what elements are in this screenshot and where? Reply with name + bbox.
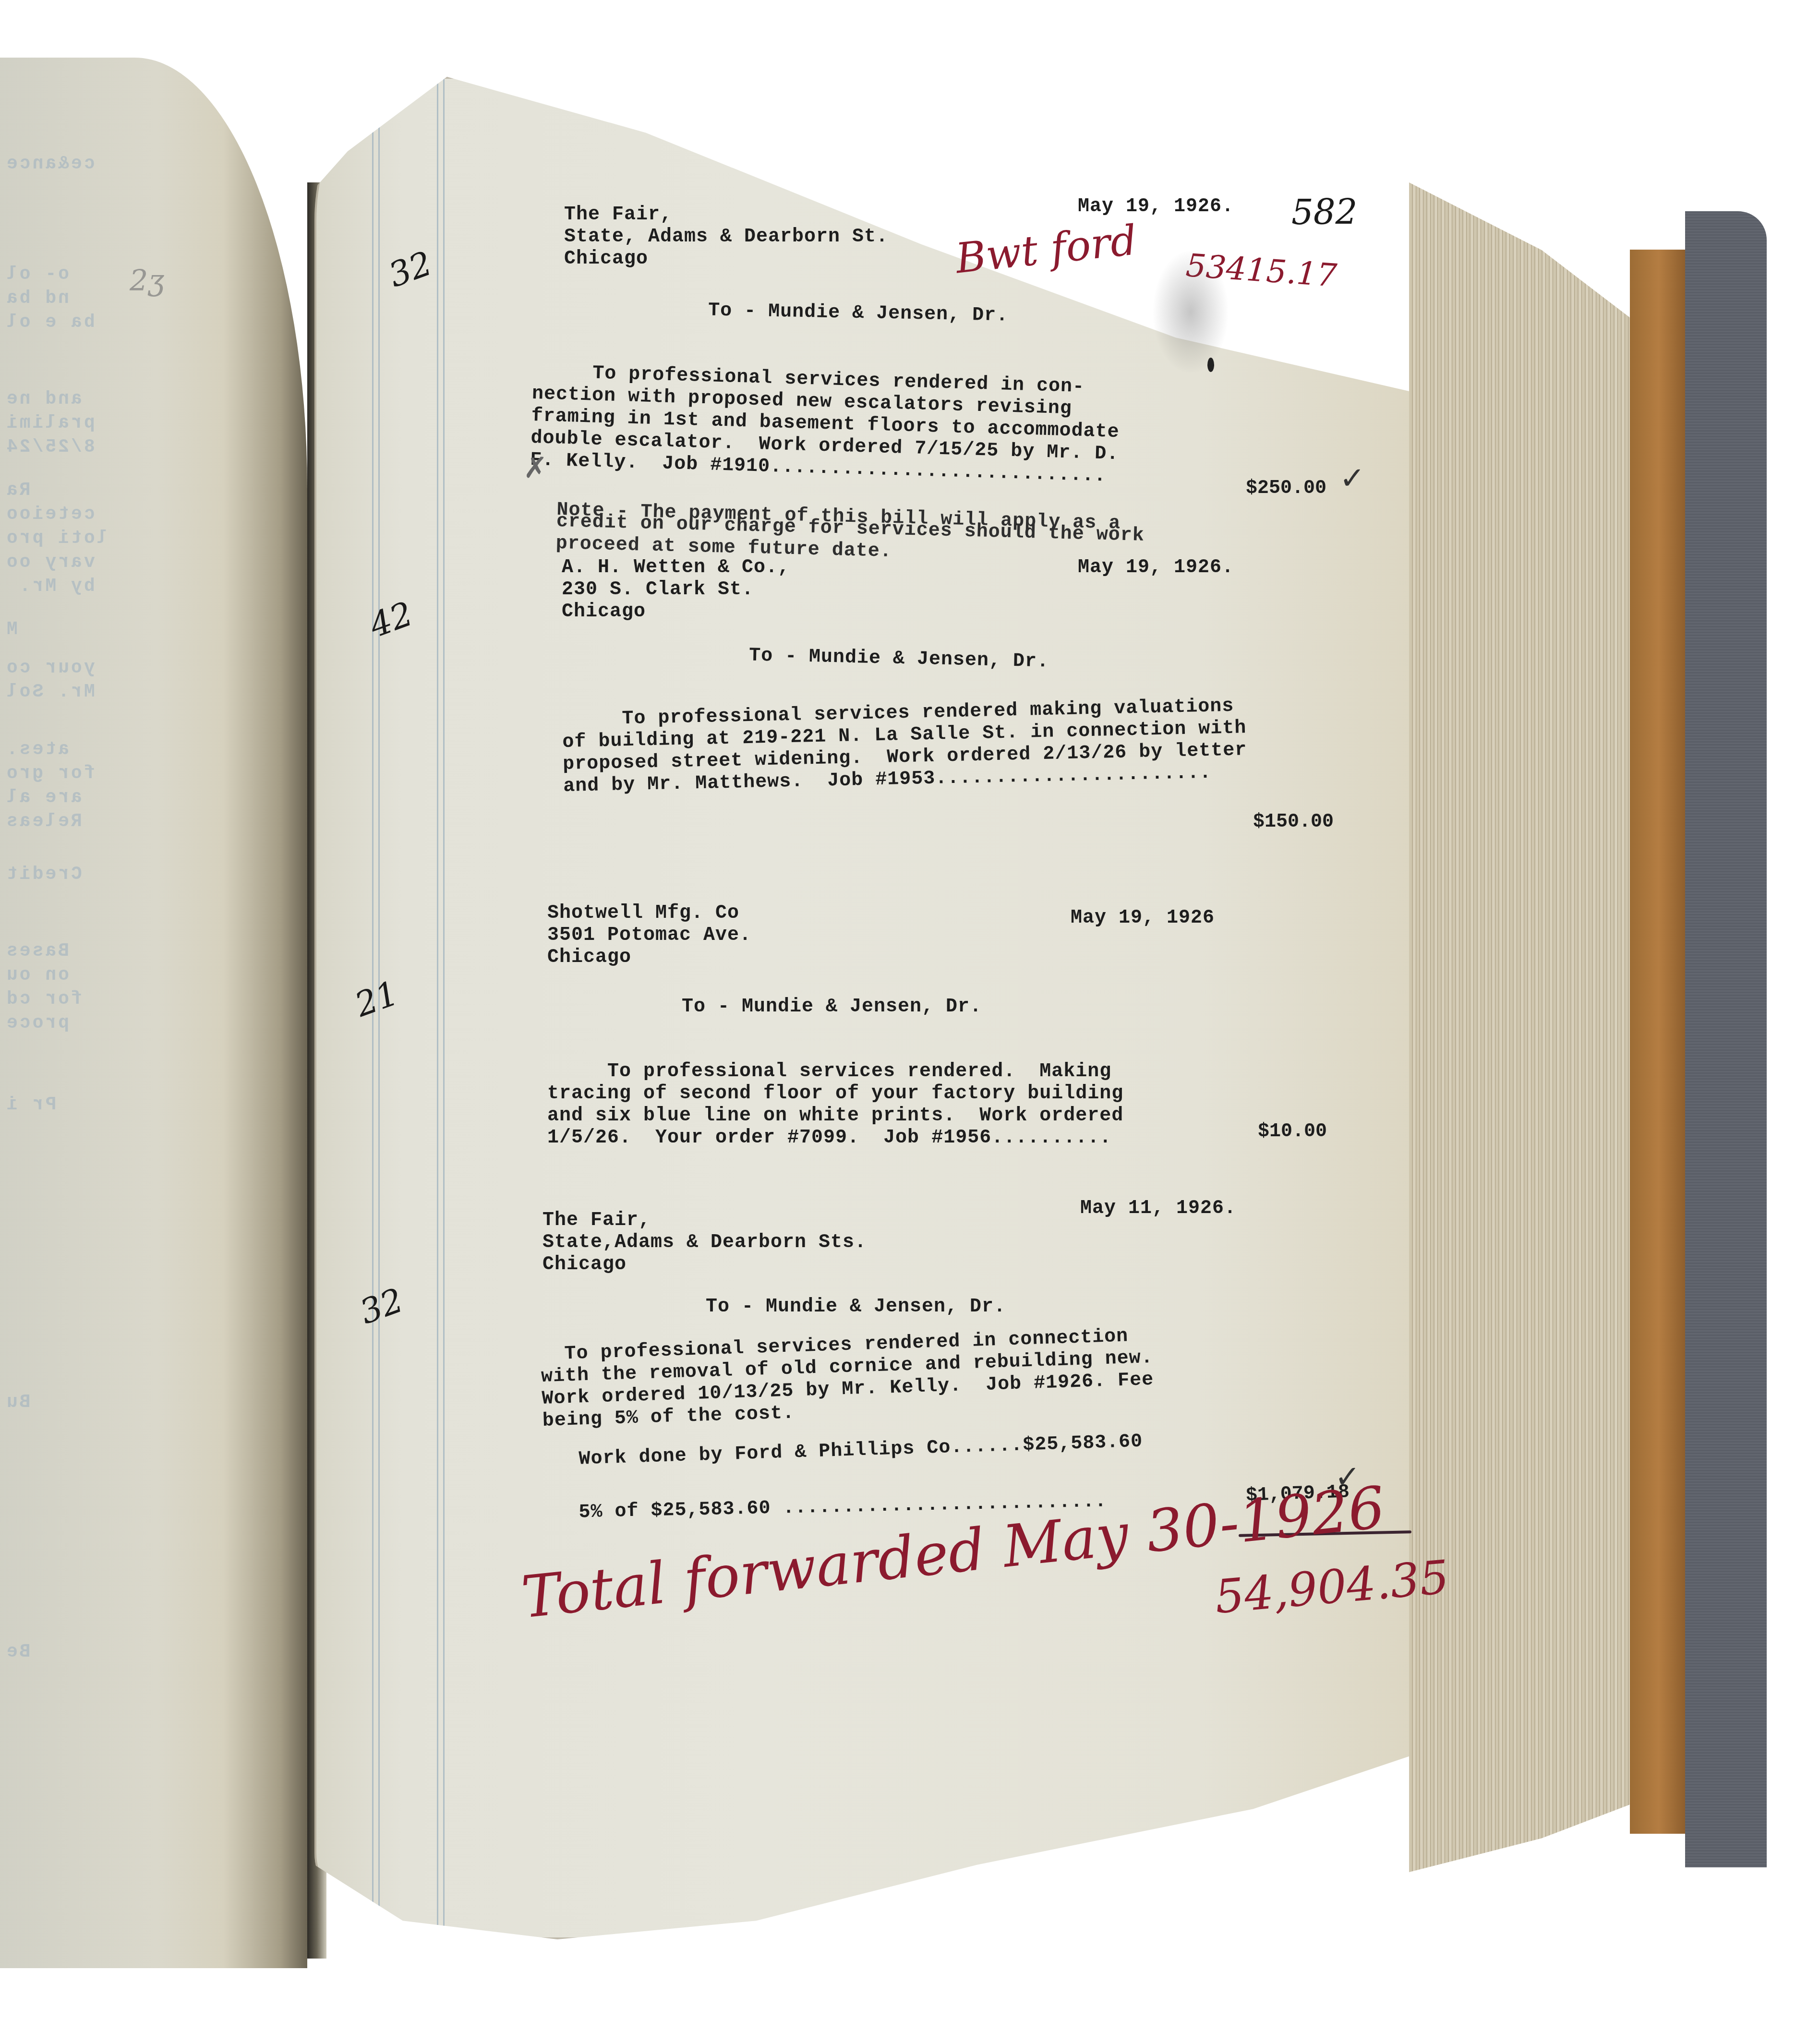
show-through-text: Mr. Sol	[5, 682, 95, 702]
client-city: Chicago	[547, 947, 631, 969]
client-address: 230 S. Clark St.	[562, 579, 754, 601]
entry-date: May 11, 1926.	[1080, 1198, 1236, 1220]
show-through-text: are al	[5, 787, 82, 808]
entry-date: May 19, 1926.	[1078, 196, 1234, 218]
show-through-text: M	[5, 619, 18, 640]
entry-amount: $250.00	[1246, 478, 1326, 499]
show-through-text: Releas	[5, 811, 82, 832]
show-through-text: o- ol	[5, 264, 69, 285]
show-through-text: your co	[5, 658, 95, 678]
cloth-cover	[1685, 211, 1767, 1867]
client-city: Chicago	[562, 601, 646, 623]
show-through-text: Bases	[5, 941, 69, 962]
left-page: ce&ance o- ol nd ba ba e ol and ne prali…	[0, 58, 307, 1968]
pencil-mark: 2ʒ	[130, 264, 164, 298]
entry-date: May 19, 1926	[1071, 907, 1215, 929]
show-through-text: Ra	[5, 480, 31, 501]
show-through-text: pralimi	[5, 413, 95, 433]
show-through-text: ates.	[5, 739, 69, 760]
client-address: State, Adams & Dearborn St.	[564, 226, 888, 248]
show-through-text: ceteioo	[5, 504, 95, 525]
show-through-text: loti pro	[5, 528, 108, 549]
show-through-text: for cd	[5, 989, 82, 1010]
show-through-text: Credit	[5, 864, 82, 885]
page-number: 582	[1291, 192, 1357, 232]
entry-description: To professional services rendered in con…	[530, 361, 1121, 488]
show-through-text: on ou	[5, 965, 69, 986]
to-line: To - Mundie & Jensen, Dr.	[682, 996, 982, 1018]
show-through-text: 8/25/24	[5, 437, 95, 457]
show-through-text: Pr i	[5, 1094, 56, 1115]
entry-amount: $10.00	[1258, 1121, 1327, 1142]
show-through-text: ba e ol	[5, 312, 95, 333]
margin-rule	[443, 77, 445, 1939]
entry-amount: $150.00	[1253, 811, 1334, 833]
show-through-text: ce&ance	[5, 154, 95, 174]
client-name: A. H. Wetten & Co.,	[562, 557, 790, 579]
ink-dot	[1207, 358, 1214, 372]
margin-rule	[437, 77, 438, 1939]
show-through-text: by Mr.	[5, 576, 95, 597]
client-name: The Fair,	[564, 204, 672, 226]
show-through-text: proce	[5, 1013, 69, 1034]
page-block-edges	[1409, 182, 1630, 1872]
handwritten-note: Bwt ford	[953, 216, 1139, 283]
entry-description: To professional services rendered. Makin…	[547, 1061, 1123, 1149]
entry-date: May 19, 1926.	[1078, 557, 1234, 579]
client-address: 3501 Potomac Ave.	[547, 925, 751, 947]
client-name: The Fair,	[542, 1210, 651, 1232]
show-through-text: vary oo	[5, 552, 95, 573]
to-line: To - Mundie & Jensen, Dr.	[706, 1296, 1006, 1318]
x-mark: ✗	[523, 451, 547, 485]
client-city: Chicago	[564, 248, 648, 270]
show-through-text: for gro	[5, 763, 95, 784]
show-through-text: and ne	[5, 389, 82, 409]
client-city: Chicago	[542, 1254, 627, 1276]
client-address: State,Adams & Dearborn Sts.	[542, 1232, 867, 1254]
show-through-text: Be	[5, 1642, 31, 1662]
checkmark-icon: ✓	[1339, 461, 1365, 496]
fingerprint-smudge	[1152, 250, 1229, 374]
client-name: Shotwell Mfg. Co	[547, 902, 739, 925]
show-through-text: nd ba	[5, 288, 69, 309]
entry-description: To professional services rendered making…	[562, 695, 1248, 798]
endpaper	[1630, 250, 1687, 1834]
show-through-text: Bu	[5, 1392, 31, 1413]
